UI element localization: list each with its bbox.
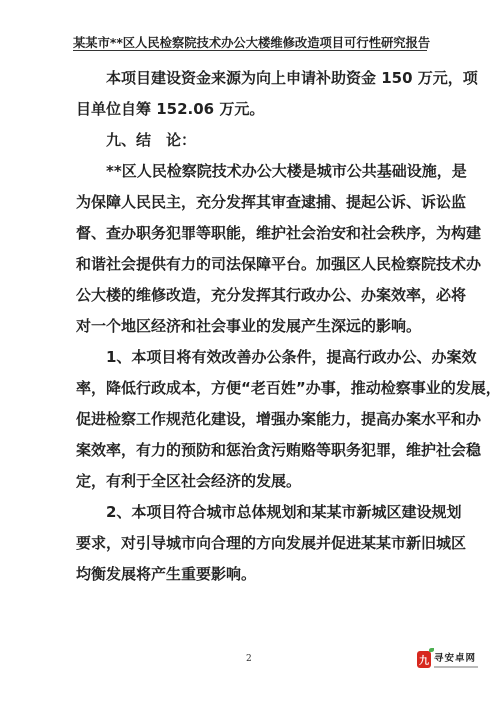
text-line: 本项目建设资金来源为向上申请补助资金 150 万元，项 — [76, 63, 430, 94]
watermark-underline — [434, 666, 478, 668]
text-line: 1、本项目将有效改善办公条件，提高行政办公、办案效 — [76, 342, 430, 373]
page-number: 2 — [246, 654, 252, 664]
watermark-text: 寻安卓网 — [434, 650, 478, 664]
text-line: 要求，对引导城市向合理的方向发展并促进某某市新旧城区 — [76, 528, 430, 559]
text-line: 目单位自筹 152.06 万元。 — [76, 94, 430, 125]
text-line: 对一个地区经济和社会事业的发展产生深远的影响。 — [76, 311, 430, 342]
document-page: 某某市**区人民检察院技术办公大楼维修改造项目可行性研究报告 本项目建设资金来源… — [0, 0, 500, 708]
text-line: 公大楼的维修改造，充分发挥其行政办公、办案效率，必将 — [76, 280, 430, 311]
text-line: 和谐社会提供有力的司法保障平台。加强区人民检察院技术办 — [76, 249, 430, 280]
text-line: 案效率，有力的预防和惩治贪污贿赂等职务犯罪，维护社会稳 — [76, 435, 430, 466]
section-heading-conclusion: 九、结 论： — [76, 125, 430, 156]
paragraph-point-1: 1、本项目将有效改善办公条件，提高行政办公、办案效 率，降低行政成本，方便“老百… — [76, 342, 430, 497]
text-line: 为保障人民民主，充分发挥其审查逮捕、提起公诉、诉讼监 — [76, 187, 430, 218]
text-line: **区人民检察院技术办公大楼是城市公共基础设施，是 — [76, 156, 430, 187]
watermark-badge-icon: 九 — [417, 651, 431, 668]
text-line: 定，有利于全区社会经济的发展。 — [76, 466, 430, 497]
text-line: 2、本项目符合城市总体规划和某某市新城区建设规划 — [76, 497, 430, 528]
text-line: 督、查办职务犯罪等职能，维护社会治安和社会秩序，为构建 — [76, 218, 430, 249]
document-body: 本项目建设资金来源为向上申请补助资金 150 万元，项 目单位自筹 152.06… — [76, 63, 430, 590]
text-line: 促进检察工作规范化建设，增强办案能力，提高办案水平和办 — [76, 404, 430, 435]
watermark-text-group: 寻安卓网 — [434, 650, 478, 668]
header-divider — [73, 50, 427, 51]
paragraph-point-2: 2、本项目符合城市总体规划和某某市新城区建设规划 要求，对引导城市向合理的方向发… — [76, 497, 430, 590]
watermark-logo: 九 寻安卓网 — [417, 646, 483, 672]
text-line: 均衡发展将产生重要影响。 — [76, 559, 430, 590]
paragraph-conclusion-intro: **区人民检察院技术办公大楼是城市公共基础设施，是 为保障人民民主，充分发挥其审… — [76, 156, 430, 342]
text-line: 率，降低行政成本，方便“老百姓”办事，推动检察事业的发展， — [76, 373, 430, 404]
paragraph-funding: 本项目建设资金来源为向上申请补助资金 150 万元，项 目单位自筹 152.06… — [76, 63, 430, 125]
section-heading: 九、结 论： — [76, 125, 430, 156]
running-header: 某某市**区人民检察院技术办公大楼维修改造项目可行性研究报告 — [73, 33, 427, 51]
